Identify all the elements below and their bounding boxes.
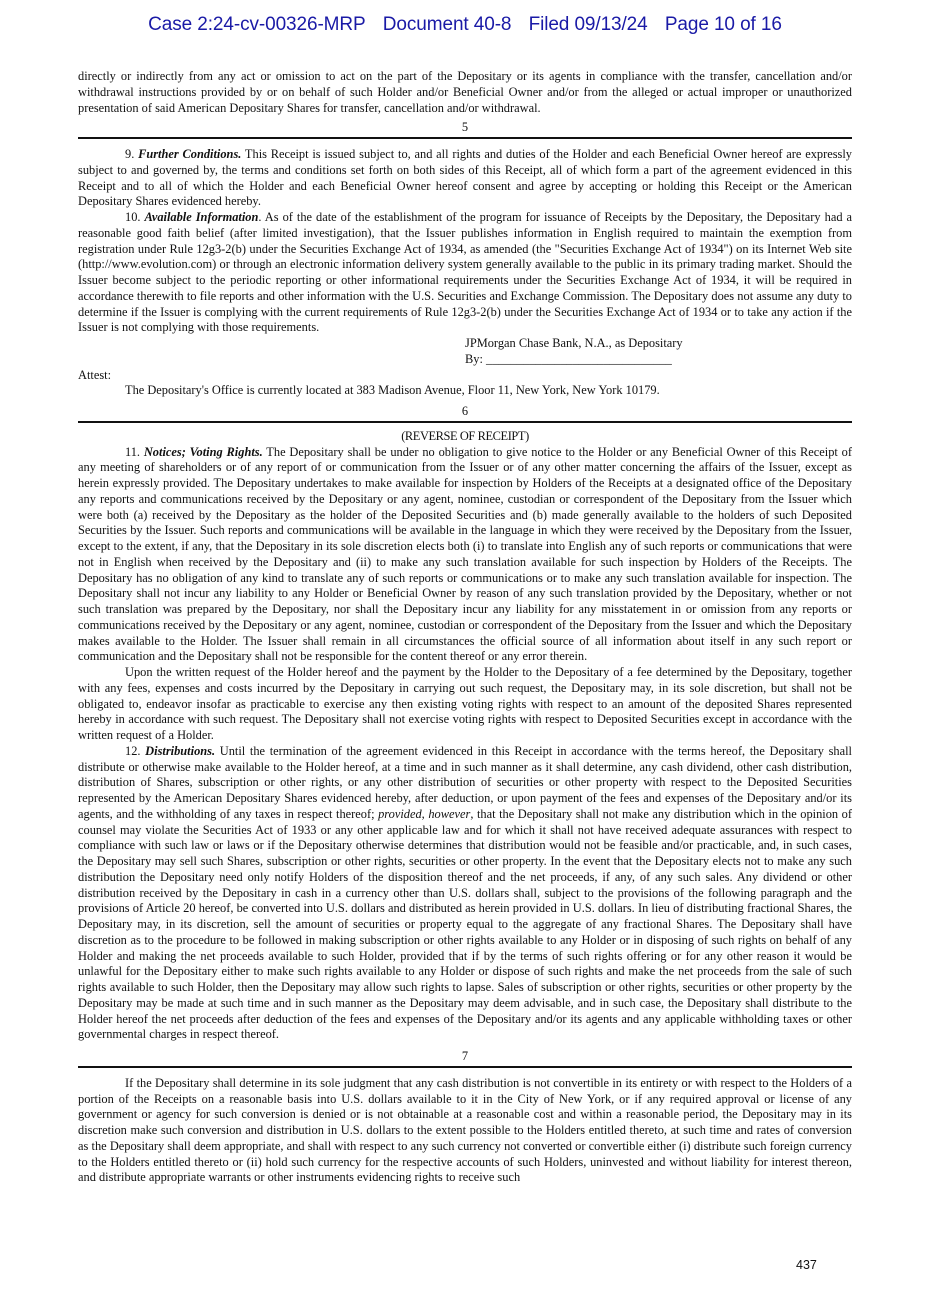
paragraph-title: Notices; Voting Rights. xyxy=(144,445,263,459)
paragraph-title: Distributions. xyxy=(145,744,215,758)
page-number-5: 5 xyxy=(78,120,852,136)
page-divider xyxy=(78,1066,852,1068)
court-filing-header: Case 2:24-cv-00326-MRP Document 40-8 Fil… xyxy=(0,14,930,36)
attest-label: Attest: xyxy=(78,368,852,384)
paragraph-number: 11. xyxy=(125,445,144,459)
paragraph-number: 12. xyxy=(125,744,145,758)
case-number: Case 2:24-cv-00326-MRP xyxy=(148,14,365,35)
page-number-7: 7 xyxy=(78,1049,852,1065)
paragraph-text: , that the Depositary shall not make any… xyxy=(78,807,852,1042)
page-number-6: 6 xyxy=(78,404,852,420)
document-number: Document 40-8 xyxy=(383,14,512,35)
paragraph-number: 9. xyxy=(125,147,138,161)
paragraph-11-voting: Upon the written request of the Holder h… xyxy=(78,665,852,744)
paragraph-title: Further Conditions. xyxy=(138,147,241,161)
paragraph-title: Available Information xyxy=(144,210,258,224)
paragraph-text: The Depositary shall be under no obligat… xyxy=(78,445,852,664)
paragraph-text: . As of the date of the establishment of… xyxy=(78,210,852,334)
reverse-of-receipt-heading: (REVERSE OF RECEIPT) xyxy=(78,429,852,445)
currency-conversion-paragraph: If the Depositary shall determine in its… xyxy=(78,1076,852,1186)
page-indicator: Page 10 of 16 xyxy=(665,14,782,35)
paragraph-11: 11. Notices; Voting Rights. The Deposita… xyxy=(78,445,852,666)
continuation-paragraph: directly or indirectly from any act or o… xyxy=(78,69,852,116)
paragraph-9: 9. Further Conditions. This Receipt is i… xyxy=(78,147,852,210)
page-divider xyxy=(78,137,852,139)
signature-line: By: ______________________________ xyxy=(78,352,852,368)
paragraph-10: 10. Available Information. As of the dat… xyxy=(78,210,852,336)
paragraph-12: 12. Distributions. Until the termination… xyxy=(78,744,852,1043)
filed-date: Filed 09/13/24 xyxy=(529,14,648,35)
depositary-office-address: The Depositary's Office is currently loc… xyxy=(78,383,852,399)
document-body: directly or indirectly from any act or o… xyxy=(78,69,852,1186)
bates-number: 437 xyxy=(796,1258,817,1272)
paragraph-italic-proviso: provided, however xyxy=(378,807,470,821)
signature-entity: JPMorgan Chase Bank, N.A., as Depositary xyxy=(78,336,852,352)
paragraph-number: 10. xyxy=(125,210,144,224)
page-divider xyxy=(78,421,852,423)
